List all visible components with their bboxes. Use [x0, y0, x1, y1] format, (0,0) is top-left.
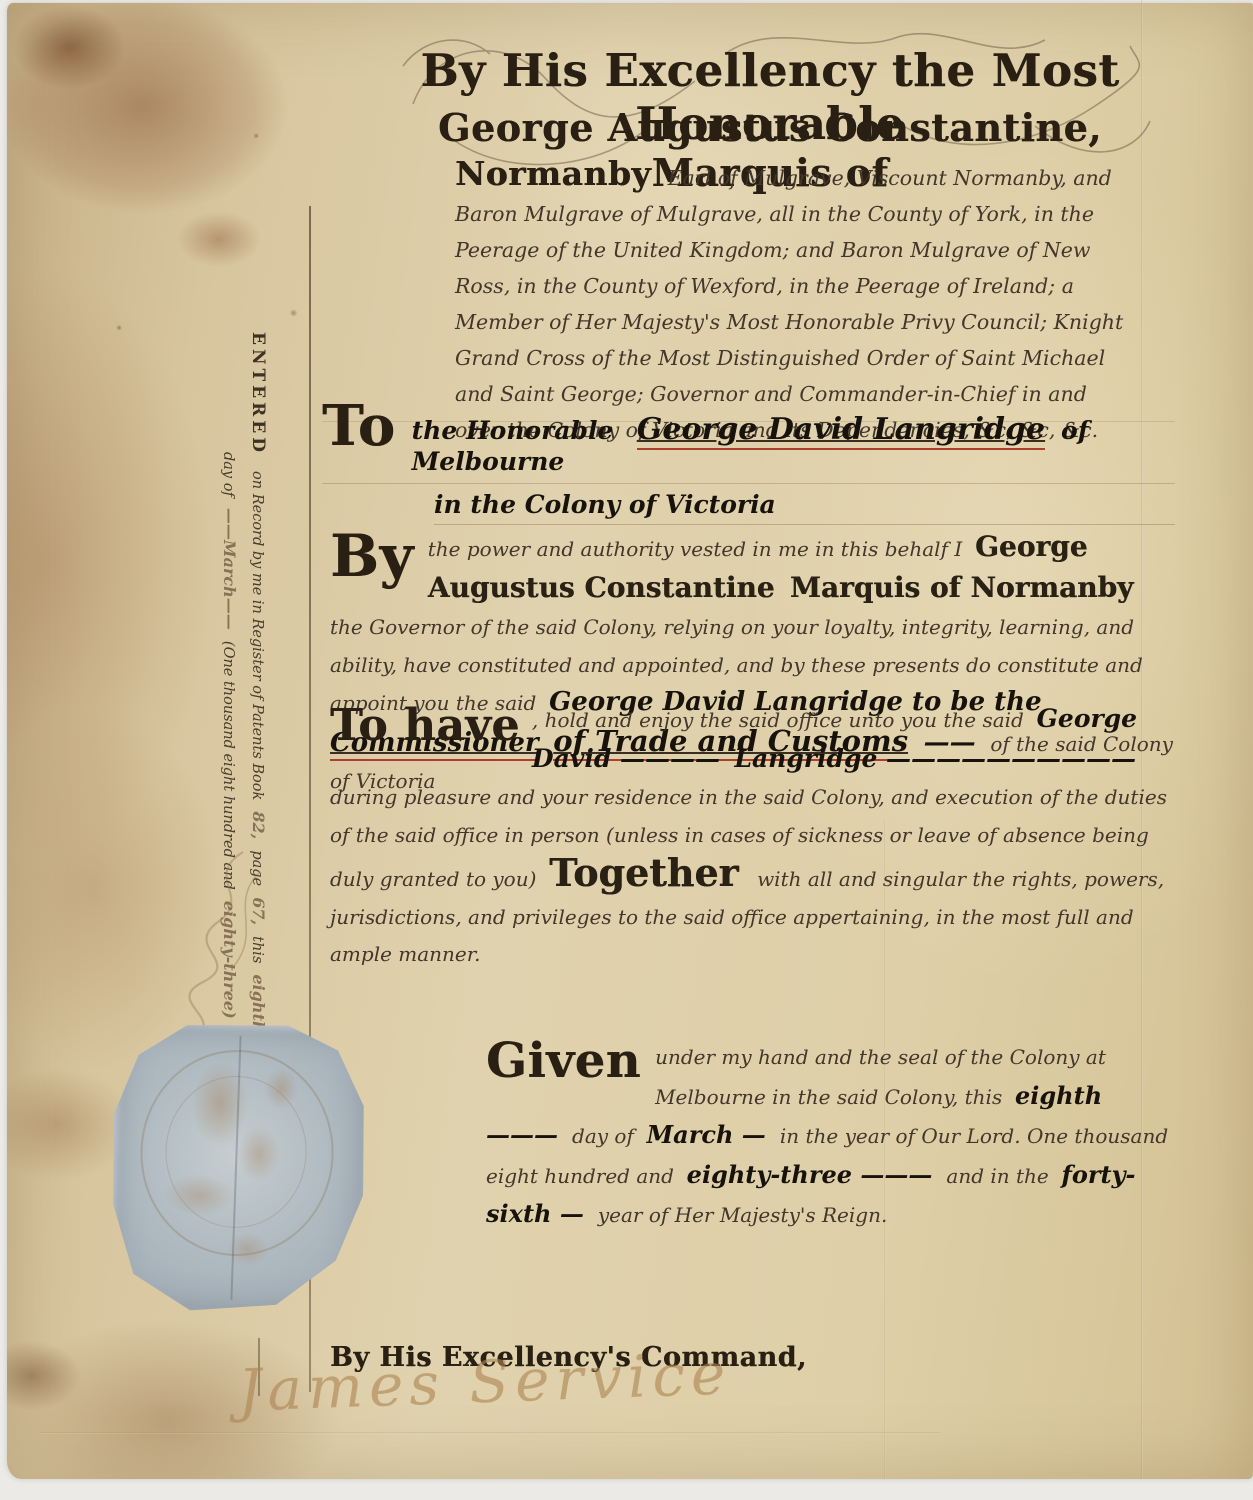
initial-to: To — [322, 400, 396, 453]
entered-label: ENTERED — [248, 332, 268, 456]
tenure-name-fill2: Langridge —————————— — [734, 744, 1136, 773]
given-text5: year of Her Majesty's Reign. — [598, 1203, 887, 1227]
margin-record-text: on Record by me in Register of Patents B… — [249, 471, 265, 800]
document-scan: By His Excellency the Most Honorable Geo… — [0, 0, 1253, 1500]
addressee-pre: the Honorable — [412, 416, 614, 445]
addressee-section: To the Honorable George David Langridge … — [322, 398, 1175, 525]
testimonium-paragraph: Given under my hand and the seal of the … — [486, 1038, 1180, 1235]
tenure-paragraph: To have , hold and enjoy the said office… — [330, 700, 1178, 974]
month-fill: March — — [647, 1120, 766, 1149]
addressee-colony: in the Colony of Victoria — [434, 490, 776, 519]
margin-book-number: 82, — [249, 811, 268, 839]
addressee-name: George David Langridge — [637, 412, 1045, 450]
initial-together: Together — [549, 850, 738, 895]
margin-dayof-label: day of — [220, 452, 236, 497]
margin-month-fill: ——March—— — [220, 508, 239, 630]
year-fill: eighty-three ——— — [687, 1160, 933, 1189]
tenure-text1: , hold and enjoy the said office unto yo… — [532, 708, 1024, 732]
addressee-line2: in the Colony of Victoria — [434, 490, 1175, 525]
margin-signature-illegible — [148, 842, 278, 1052]
initial-to-have: To have — [330, 706, 520, 746]
governor-name-part2: Marquis of Normanby — [790, 571, 1133, 604]
initial-by: By — [330, 530, 414, 582]
initial-given: Given — [486, 1040, 641, 1083]
appointment-text1: the power and authority vested in me in … — [428, 537, 963, 561]
fold-crease-horizontal — [40, 1432, 940, 1434]
given-text2: day of — [572, 1124, 634, 1148]
normanby-name: Normanby — [455, 154, 651, 193]
addressee-line1: the Honorable George David Langridge of … — [322, 398, 1175, 484]
given-text4: and in the — [946, 1164, 1048, 1188]
